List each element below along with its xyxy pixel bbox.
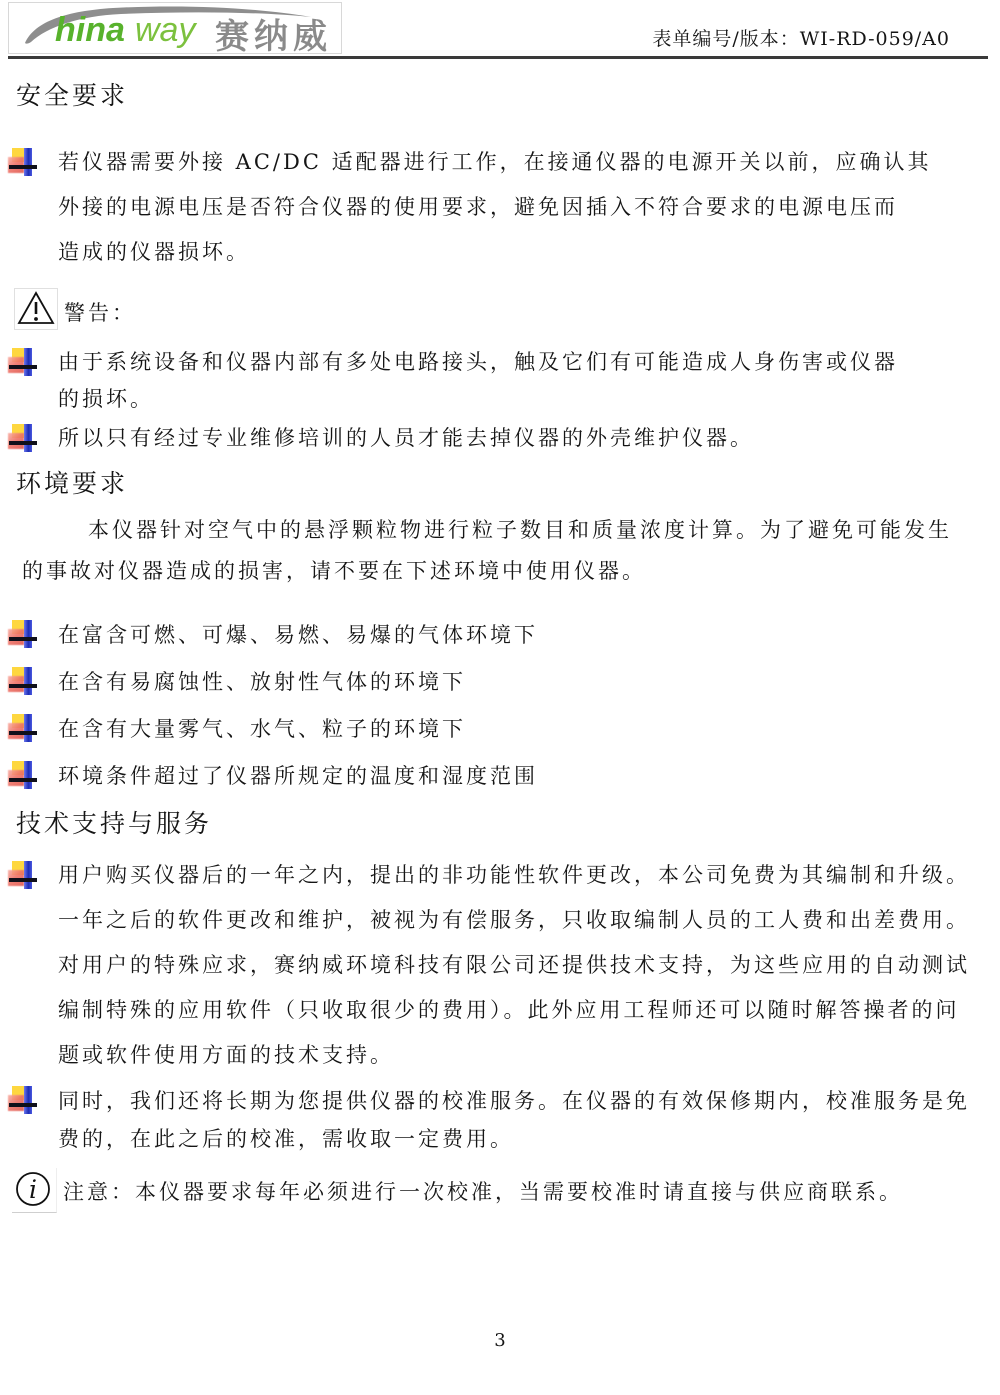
support-bullet-2: 同时，我们还将长期为您提供仪器的校准服务。在仪器的有效保修期内，校准服务是免 费… — [8, 1082, 970, 1158]
safety-bullet-1: 若仪器需要外接 AC/DC 适配器进行工作，在接通仪器的电源开关以前，应确认其 … — [8, 140, 970, 275]
paragraph-line: 在含有易腐蚀性、放射性气体的环境下 — [58, 667, 466, 697]
environment-intro: 本仪器针对空气中的悬浮颗粒物进行粒子数目和质量浓度计算。为了避免可能发生 的事故… — [22, 510, 970, 592]
company-logo: hina way 赛纳威 — [8, 2, 342, 54]
arrow-bullet-icon — [8, 861, 40, 891]
environment-bullet-1: 在富含可燃、可爆、易燃、易爆的气体环境下 — [8, 620, 970, 650]
safety-bullet-3: 所以只有经过专业维修培训的人员才能去掉仪器的外壳维护仪器。 — [8, 420, 970, 457]
paragraph: 环境条件超过了仪器所规定的温度和湿度范围 — [58, 761, 538, 791]
paragraph-line: 的事故对仪器造成的损害，请不要在下述环境中使用仪器。 — [22, 551, 970, 592]
paragraph: 在含有易腐蚀性、放射性气体的环境下 — [58, 667, 466, 697]
paragraph: 同时，我们还将长期为您提供仪器的校准服务。在仪器的有效保修期内，校准服务是免 费… — [58, 1082, 970, 1158]
paragraph-line: 题或软件使用方面的技术支持。 — [58, 1033, 970, 1078]
logo-text-way: way — [135, 11, 195, 50]
logo-text-hina: hina — [55, 11, 125, 50]
paragraph-line: 环境条件超过了仪器所规定的温度和湿度范围 — [58, 761, 538, 791]
form-number-label: 表单编号/版本：WI-RD-059/A0 — [652, 24, 950, 51]
arrow-bullet-icon — [8, 348, 40, 378]
paragraph: 用户购买仪器后的一年之内，提出的非功能性软件更改，本公司免费为其编制和升级。 一… — [58, 853, 970, 1078]
section-title-environment: 环境要求 — [16, 464, 128, 500]
arrow-bullet-icon — [8, 667, 40, 697]
warning-triangle-icon — [14, 288, 58, 330]
calibration-note-row: i 注意：本仪器要求每年必须进行一次校准，当需要校准时请直接与供应商联系。 — [12, 1168, 903, 1213]
paragraph-line: 一年之后的软件更改和维护，被视为有偿服务，只收取编制人员的工人费和出差费用。 — [58, 898, 970, 943]
arrow-bullet-icon — [8, 1086, 40, 1116]
paragraph-line: 外接的电源电压是否符合仪器的使用要求，避免因插入不符合要求的电源电压而 — [58, 185, 932, 230]
paragraph: 由于系统设备和仪器内部有多处电路接头，触及它们有可能造成人身伤害或仪器 的损坏。 — [58, 344, 898, 418]
arrow-bullet-icon — [8, 148, 40, 178]
safety-bullet-2: 由于系统设备和仪器内部有多处电路接头，触及它们有可能造成人身伤害或仪器 的损坏。 — [8, 344, 970, 418]
paragraph-line: 本仪器针对空气中的悬浮颗粒物进行粒子数目和质量浓度计算。为了避免可能发生 — [22, 510, 970, 551]
paragraph: 所以只有经过专业维修培训的人员才能去掉仪器的外壳维护仪器。 — [58, 420, 754, 457]
note-text: 注意：本仪器要求每年必须进行一次校准，当需要校准时请直接与供应商联系。 — [63, 1176, 903, 1206]
paragraph: 在富含可燃、可爆、易燃、易爆的气体环境下 — [58, 620, 538, 650]
section-title-safety: 安全要求 — [16, 76, 128, 112]
paragraph-line: 若仪器需要外接 AC/DC 适配器进行工作，在接通仪器的电源开关以前，应确认其 — [58, 140, 932, 185]
warning-label: 警告： — [64, 296, 136, 330]
paragraph-line: 由于系统设备和仪器内部有多处电路接头，触及它们有可能造成人身伤害或仪器 — [58, 344, 898, 381]
paragraph: 若仪器需要外接 AC/DC 适配器进行工作，在接通仪器的电源开关以前，应确认其 … — [58, 140, 932, 275]
page-number: 3 — [0, 1330, 1000, 1351]
section-title-support: 技术支持与服务 — [16, 804, 212, 840]
info-circle-icon: i — [12, 1168, 57, 1213]
warning-label-row: 警告： — [14, 288, 136, 330]
paragraph-line: 的损坏。 — [58, 381, 898, 418]
arrow-bullet-icon — [8, 761, 40, 791]
support-bullet-1: 用户购买仪器后的一年之内，提出的非功能性软件更改，本公司免费为其编制和升级。 一… — [8, 853, 970, 1078]
paragraph-line: 在含有大量雾气、水气、粒子的环境下 — [58, 714, 466, 744]
paragraph-line: 在富含可燃、可爆、易燃、易爆的气体环境下 — [58, 620, 538, 650]
svg-text:i: i — [29, 1175, 37, 1204]
paragraph-line: 费的，在此之后的校准，需收取一定费用。 — [58, 1120, 970, 1158]
arrow-bullet-icon — [8, 714, 40, 744]
environment-bullet-2: 在含有易腐蚀性、放射性气体的环境下 — [8, 667, 970, 697]
logo-text-chinese: 赛纳威 — [215, 9, 332, 58]
paragraph: 在含有大量雾气、水气、粒子的环境下 — [58, 714, 466, 744]
paragraph-line: 造成的仪器损坏。 — [58, 230, 932, 275]
paragraph-line: 编制特殊的应用软件（只收取很少的费用）。此外应用工程师还可以随时解答操者的问 — [58, 988, 970, 1033]
header-divider — [8, 56, 988, 59]
paragraph-line: 所以只有经过专业维修培训的人员才能去掉仪器的外壳维护仪器。 — [58, 420, 754, 457]
arrow-bullet-icon — [8, 620, 40, 650]
paragraph-line: 同时，我们还将长期为您提供仪器的校准服务。在仪器的有效保修期内，校准服务是免 — [58, 1082, 970, 1120]
paragraph-line: 用户购买仪器后的一年之内，提出的非功能性软件更改，本公司免费为其编制和升级。 — [58, 853, 970, 898]
environment-bullet-4: 环境条件超过了仪器所规定的温度和湿度范围 — [8, 761, 970, 791]
environment-bullet-3: 在含有大量雾气、水气、粒子的环境下 — [8, 714, 970, 744]
arrow-bullet-icon — [8, 424, 40, 454]
document-page: hina way 赛纳威 表单编号/版本：WI-RD-059/A0 安全要求 若… — [0, 0, 1000, 1395]
paragraph-line: 对用户的特殊应求，赛纳威环境科技有限公司还提供技术支持，为这些应用的自动测试 — [58, 943, 970, 988]
